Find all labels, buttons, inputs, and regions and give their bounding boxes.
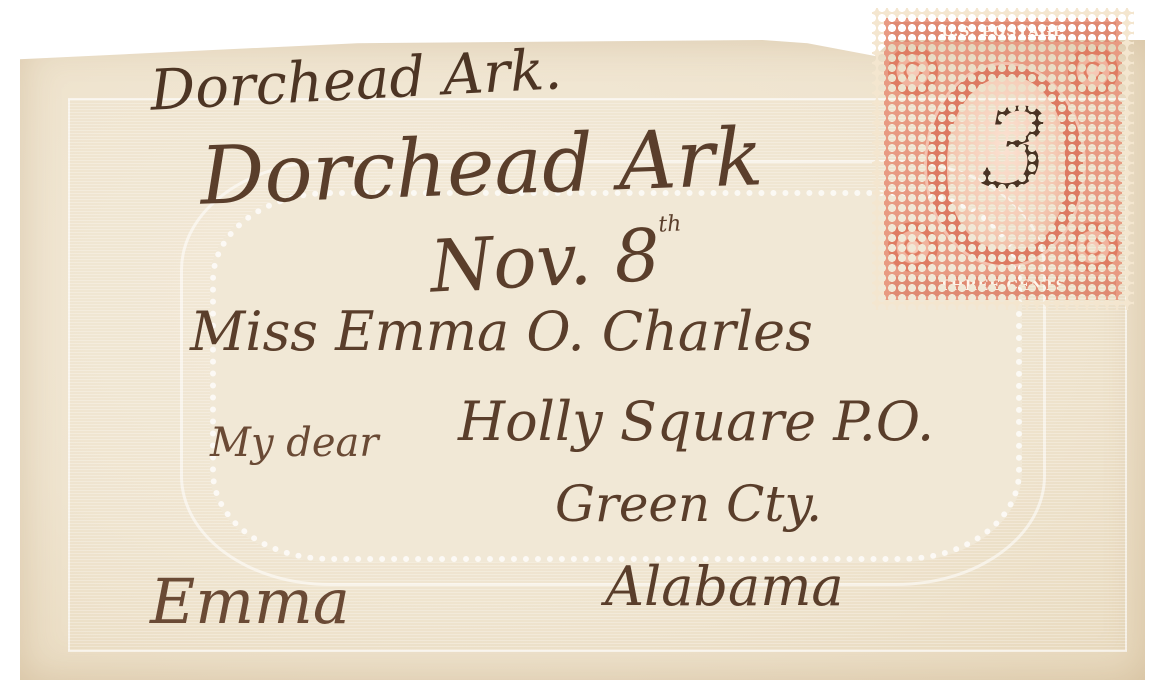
postmark-line-2: Dorchead Ark (199, 110, 765, 223)
manuscript-cancel: 3 (980, 94, 1050, 204)
address-line-3: Green Cty. (555, 475, 822, 533)
stamp-face: U.S. POSTAGE 3 THREE CENTS (884, 18, 1122, 300)
rosette-icon (1068, 222, 1118, 272)
stamp-bottom-label: THREE CENTS (890, 276, 1116, 296)
signature-note: Emma (150, 565, 350, 638)
date-suffix: th (658, 211, 682, 237)
recipient-name: Miss Emma O. Charles (190, 300, 813, 363)
stamp-top-label: U.S. POSTAGE (890, 22, 1116, 42)
date-text: Nov. 8 (428, 213, 662, 309)
postage-stamp: U.S. POSTAGE 3 THREE CENTS (872, 8, 1134, 310)
postmark-date: Nov. 8th (428, 211, 685, 308)
rosette-icon (1068, 46, 1118, 96)
address-line-2: Holly Square P.O. (458, 390, 934, 453)
greeting-note: My dear (210, 420, 379, 466)
rosette-icon (888, 46, 938, 96)
rosette-icon (888, 222, 938, 272)
address-line-4: Alabama (605, 555, 844, 618)
